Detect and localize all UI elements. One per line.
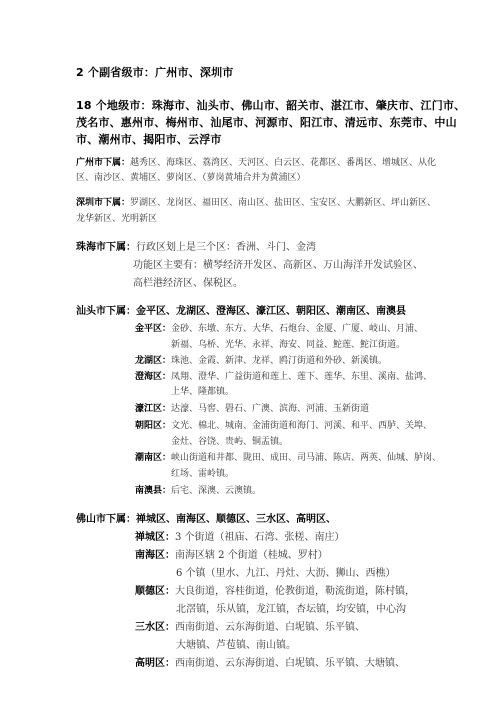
shantou-section: 汕头市下属：金平区、龙湖区、澄海区、濠江区、朝阳区、潮南区、南澳县: [76, 302, 406, 317]
district-detail: 大塘镇、芦苞镇、南山镇。: [176, 636, 296, 651]
shantou-haojiang: 濠江区：达濠、马窖、礐石、广澳、滨海、河浦、玉新街道: [135, 401, 369, 414]
district-detail: 珠池、金霞、新津、龙祥、鸥汀街道和外砂、新溪镇。: [171, 356, 387, 366]
guangzhou-line-2: 区、南沙区、黄埔区、萝岗区、（萝岗黄埔合并为黄浦区）: [76, 170, 306, 183]
district-label: 朝阳区：: [135, 421, 171, 431]
district-label: 三水区：: [135, 622, 175, 633]
foshan-summary: 禅城区、南海区、顺德区、三水区、高明区、: [136, 514, 336, 525]
guangzhou-label: 广州市下属：: [76, 158, 130, 168]
shantou-chaoyang: 朝阳区：文光、棉北、城南、金浦街道和海门、河溪、和平、西胪、关埠、: [135, 418, 432, 431]
district-label: 高明区：: [135, 658, 175, 669]
district-detail: 金灶、谷饶、贵屿、铜盂镇。: [171, 434, 288, 447]
district-detail: 文光、棉北、城南、金浦街道和海门、河溪、和平、西胪、关埠、: [171, 421, 432, 431]
district-label: 潮南区：: [135, 453, 171, 463]
shenzhen-section: 深圳市下属：罗湖区、龙岗区、福田区、南山区、盐田区、宝安区、大鹏新区、坪山新区、: [76, 195, 436, 208]
foshan-chancheng: 禅城区：3 个街道（祖庙、石湾、张槎、南庄）: [135, 528, 345, 543]
district-detail: 大良街道，容桂街道，伦教街道，勒流街道，陈村镇，: [175, 586, 415, 597]
shantou-nanao: 南澳县：后宅、深澳、云澳镇。: [135, 483, 261, 496]
foshan-gaoming: 高明区：西南街道、云东海街道、白坭镇、乐平镇、大塘镇、: [135, 654, 405, 669]
shantou-label: 汕头市下属：: [76, 306, 136, 317]
shenzhen-line-1: 罗湖区、龙岗区、福田区、南山区、盐田区、宝安区、大鹏新区、坪山新区、: [130, 198, 436, 208]
district-label: 金平区：: [135, 324, 171, 334]
district-detail: 达濠、马窖、礐石、广澳、滨海、河浦、玉新街道: [171, 404, 369, 414]
district-label: 南海区：: [135, 550, 175, 561]
district-detail: 3 个街道（祖庙、石湾、张槎、南庄）: [175, 532, 345, 543]
district-detail: 峡山街道和井都、陇田、成田、司马浦、陈店、两英、仙城、胪岗、: [171, 453, 441, 463]
zhuhai-line-3: 高栏港经济区、保税区。: [133, 274, 243, 289]
district-label: 顺德区：: [135, 586, 175, 597]
zhuhai-line-1: 行政区划上是三个区：香洲、斗门、金湾: [136, 242, 316, 253]
zhuhai-section: 珠海市下属：行政区划上是三个区：香洲、斗门、金湾: [76, 238, 316, 253]
foshan-section: 佛山市下属：禅城区、南海区、顺德区、三水区、高明区、: [76, 510, 336, 525]
zhuhai-label: 珠海市下属：: [76, 242, 136, 253]
document-page: 2 个副省级市：广州市、深圳市 18 个地级市：珠海市、汕头市、佛山市、韶关市、…: [0, 0, 496, 702]
prefecture-line-2: 茂名市、惠州市、梅州市、汕尾市、河源市、阳江市、清远市、东莞市、中山: [76, 114, 457, 130]
shantou-summary: 金平区、龙湖区、澄海区、濠江区、朝阳区、潮南区、南澳县: [136, 306, 406, 317]
foshan-shunde: 顺德区：大良街道，容桂街道，伦教街道，勒流街道，陈村镇，: [135, 582, 415, 597]
prefecture-line-3: 市、潮州市、揭阳市、云浮市: [76, 131, 222, 147]
shenzhen-line-2: 龙华新区、光明新区: [76, 211, 157, 224]
shantou-chenghai: 澄海区：凤翔、澄华、广益街道和莲上、莲下、莲华、东里、溪南、盐鸿、: [135, 369, 432, 382]
sub-provincial-heading: 2 个副省级市：广州市、深圳市: [76, 64, 233, 80]
foshan-label: 佛山市下属：: [76, 514, 136, 525]
foshan-sanshui: 三水区：西南街道、云东海街道、白坭镇、乐平镇、: [135, 618, 365, 633]
shenzhen-label: 深圳市下属：: [76, 198, 130, 208]
guangzhou-section: 广州市下属：越秀区、海珠区、荔湾区、天河区、白云区、花都区、番禺区、增城区、从化: [76, 155, 436, 168]
district-detail: 新福、乌桥、光华、永祥、海安、同益、鮀莲、鮀江街道。: [171, 337, 405, 350]
district-detail: 后宅、深澳、云澳镇。: [171, 486, 261, 496]
district-detail: 金砂、东墩、东方、大华、石炮台、金厦、广厦、岐山、月浦、: [171, 324, 423, 334]
district-detail: 北滘镇，乐从镇，龙江镇，杏坛镇，均安镇，中心沟: [176, 600, 406, 615]
district-detail: 红场、雷岭镇。: [171, 466, 234, 479]
shantou-jinping: 金平区：金砂、东墩、东方、大华、石炮台、金厦、广厦、岐山、月浦、: [135, 321, 423, 334]
district-label: 濠江区：: [135, 404, 171, 414]
district-detail: 凤翔、澄华、广益街道和莲上、莲下、莲华、东里、溪南、盐鸿、: [171, 372, 432, 382]
shantou-longhu: 龙湖区：珠池、金霞、新津、龙祥、鸥汀街道和外砂、新溪镇。: [135, 353, 387, 366]
prefecture-line-1: 18 个地级市：珠海市、汕头市、佛山市、韶关市、湛江市、肇庆市、江门市、: [76, 97, 465, 113]
district-detail: 西南街道、云东海街道、白坭镇、乐平镇、大塘镇、: [175, 658, 405, 669]
district-label: 禅城区：: [135, 532, 175, 543]
district-detail: 西南街道、云东海街道、白坭镇、乐平镇、: [175, 622, 365, 633]
zhuhai-line-2: 功能区主要有：横琴经济开发区、高新区、万山海洋开发试验区、: [133, 256, 423, 271]
district-detail: 南海区辖 2 个街道（桂城、罗村）: [175, 550, 328, 561]
district-detail: 上华、隆都镇。: [171, 384, 234, 397]
district-label: 南澳县：: [135, 486, 171, 496]
foshan-nanhai: 南海区：南海区辖 2 个街道（桂城、罗村）: [135, 546, 328, 561]
district-label: 龙湖区：: [135, 356, 171, 366]
district-detail: 6 个镇（里水、九江、丹灶、大沥、狮山、西樵）: [176, 564, 396, 579]
district-label: 澄海区：: [135, 372, 171, 382]
shantou-chaonan: 潮南区：峡山街道和井都、陇田、成田、司马浦、陈店、两英、仙城、胪岗、: [135, 450, 441, 463]
guangzhou-line-1: 越秀区、海珠区、荔湾区、天河区、白云区、花都区、番禺区、增城区、从化: [130, 158, 436, 168]
